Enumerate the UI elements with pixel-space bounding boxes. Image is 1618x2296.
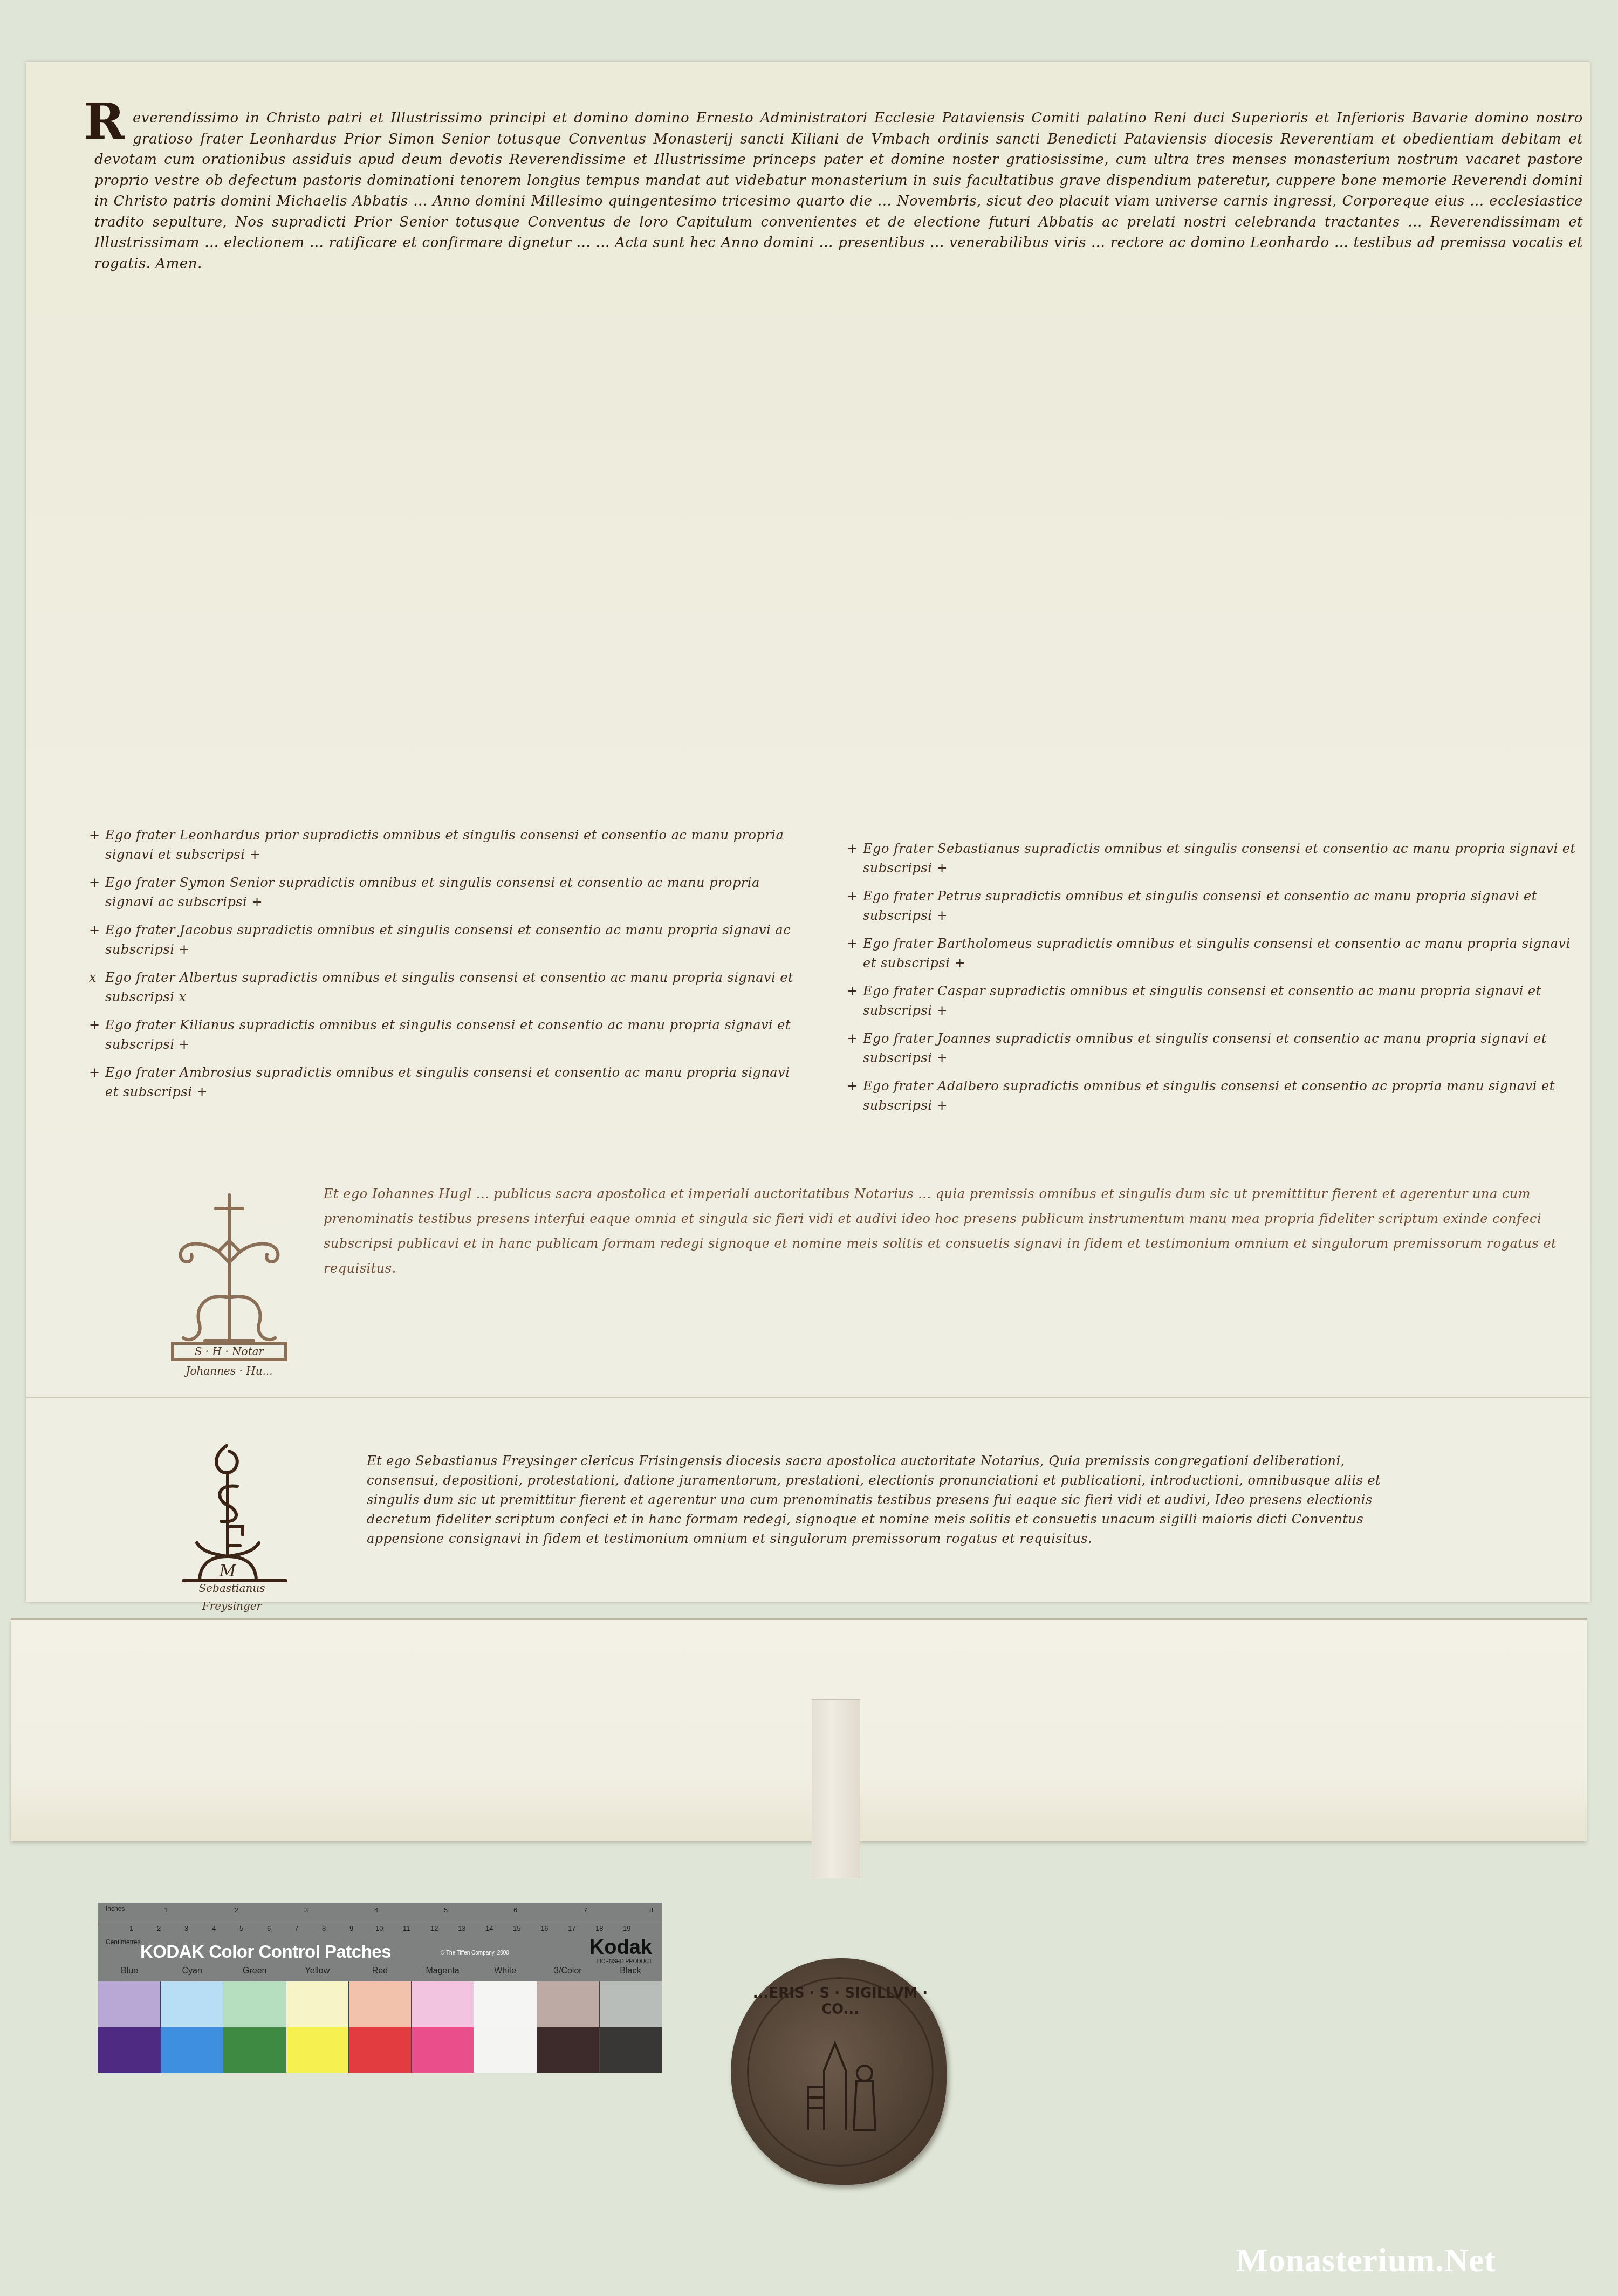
subscription-text: Ego frater Leonhardus prior supradictis …: [105, 828, 784, 862]
patch-label: Cyan: [161, 1966, 223, 1976]
color-patch-magenta: [412, 1981, 474, 2073]
color-patch-red: [349, 1981, 412, 2073]
subscription: +Ego frater Caspar supradictis omnibus e…: [847, 981, 1580, 1020]
kodak-logo: Kodak: [589, 1936, 652, 1959]
fold-crease: [26, 1397, 1590, 1398]
patch-dark: [474, 2027, 536, 2073]
subscription-text: Ego frater Petrus supradictis omnibus et…: [863, 889, 1537, 923]
subscription: +Ego frater Petrus supradictis omnibus e…: [847, 886, 1580, 925]
patch-label: Black: [599, 1966, 662, 1976]
cm-tick: 19: [623, 1924, 630, 1932]
subscription-text: Ego frater Bartholomeus supradictis omni…: [863, 936, 1571, 971]
patch-light: [223, 1981, 285, 2027]
color-patch-black: [600, 1981, 662, 2073]
subscription: +Ego frater Bartholomeus supradictis omn…: [847, 934, 1580, 973]
color-patches: [98, 1981, 662, 2073]
cross-mark-icon: +: [847, 934, 858, 953]
subscription: +Ego frater Ambrosius supradictis omnibu…: [89, 1063, 806, 1102]
patch-label: White: [474, 1966, 537, 1976]
main-text-line: everendissimo in Christo patri et Illust…: [133, 110, 1529, 126]
inch-tick: 3: [304, 1906, 308, 1914]
patch-label: 3/Color: [537, 1966, 599, 1976]
sign-caption: Johannes · Hu...: [140, 1364, 318, 1377]
subscription: +Ego frater Symon Senior supradictis omn…: [89, 873, 806, 912]
cm-tick: 4: [212, 1924, 216, 1932]
patch-light: [537, 1981, 599, 2027]
charter-main-text: R everendissimo in Christo patri et Illu…: [94, 108, 1583, 274]
subscription-text: Ego frater Jacobus supradictis omnibus e…: [105, 922, 791, 957]
kodak-licensed: LICENSED PRODUCT: [597, 1959, 652, 1965]
patch-label: Blue: [98, 1966, 161, 1976]
cross-mark-icon: x: [89, 968, 97, 987]
cm-tick: 11: [403, 1924, 410, 1932]
notary-subscription-1: Et ego Iohannes Hugl ... publicus sacra …: [324, 1181, 1564, 1281]
ruler-inches-label: Inches: [106, 1905, 125, 1912]
subscription: +Ego frater Jacobus supradictis omnibus …: [89, 920, 806, 959]
patch-light: [349, 1981, 411, 2027]
watermark: Monasterium.Net: [1236, 2242, 1496, 2280]
cm-tick: 17: [568, 1924, 575, 1932]
subscription-text: Ego frater Joannes supradictis omnibus e…: [863, 1031, 1547, 1065]
patch-dark: [349, 2027, 411, 2073]
subscription-text: Ego frater Ambrosius supradictis omnibus…: [105, 1065, 790, 1099]
seal-strap: [812, 1699, 860, 1878]
main-text-line: in Christo patris domini Michaelis Abbat…: [94, 193, 1429, 209]
patch-dark: [412, 2027, 474, 2073]
patch-dark: [286, 2027, 348, 2073]
subscription-text: Ego frater Albertus supradictis omnibus …: [105, 970, 793, 1004]
cross-mark-icon: +: [89, 1015, 100, 1035]
inch-tick: 8: [649, 1906, 653, 1914]
patch-label: Red: [348, 1966, 411, 1976]
cross-mark-icon: +: [847, 981, 858, 1001]
patch-label: Yellow: [286, 1966, 348, 1976]
inch-tick: 4: [374, 1906, 378, 1914]
cross-mark-icon: +: [89, 873, 100, 892]
plica-fold: [11, 1618, 1587, 1841]
cross-mark-icon: +: [847, 1029, 858, 1048]
color-patch-blue: [98, 1981, 161, 2073]
cross-mark-icon: +: [847, 839, 858, 858]
color-patch-white: [474, 1981, 537, 2073]
patch-light: [600, 1981, 662, 2027]
inch-tick: 1: [164, 1906, 168, 1914]
cm-tick: 18: [595, 1924, 603, 1932]
cm-tick: 8: [322, 1924, 326, 1932]
wax-seal: ...ERIS · S · SIGILLVM · CO...: [731, 1958, 947, 2185]
decorated-initial: R: [84, 102, 125, 140]
seal-field: ...ERIS · S · SIGILLVM · CO...: [747, 1977, 934, 2167]
subscription: +Ego frater Kilianus supradictis omnibus…: [89, 1015, 806, 1054]
cm-tick: 9: [349, 1924, 353, 1932]
color-patch-cyan: [161, 1981, 223, 2073]
seal-legend: ...ERIS · S · SIGILLVM · CO...: [749, 1985, 932, 2018]
cross-mark-icon: +: [89, 1063, 100, 1082]
cross-mark-icon: +: [89, 825, 100, 845]
seal-church-figure-icon: [803, 2022, 889, 2141]
kodak-color-control-strip: Inches 1 2 3 4 5 6 7 8 1 2 3 4 5 6 7 8 9…: [98, 1903, 662, 2073]
cm-tick: 15: [513, 1924, 520, 1932]
cm-tick: 10: [375, 1924, 383, 1932]
subscription: +Ego frater Adalbero supradictis omnibus…: [847, 1076, 1580, 1115]
inch-tick: 5: [444, 1906, 448, 1914]
cm-tick: 16: [540, 1924, 548, 1932]
inch-ruler: Inches 1 2 3 4 5 6 7 8: [98, 1903, 662, 1922]
subscription: +Ego frater Leonhardus prior supradictis…: [89, 825, 806, 864]
main-text-line: ... Acta sunt hec Anno domini ... presen…: [595, 235, 1506, 251]
sign-caption: Sebastianus: [135, 1582, 329, 1595]
color-patch-green: [223, 1981, 286, 2073]
svg-text:M: M: [219, 1562, 237, 1581]
cm-tick: 2: [157, 1924, 161, 1932]
patch-dark: [161, 2027, 223, 2073]
notarial-sign-2: M Sebastianus Freysinger: [135, 1435, 329, 1629]
patch-dark: [223, 2027, 285, 2073]
inch-tick: 6: [513, 1906, 517, 1914]
color-patch-3-color: [537, 1981, 600, 2073]
subscription-text: Ego frater Caspar supradictis omnibus et…: [863, 983, 1541, 1018]
cross-mark-icon: +: [847, 1076, 858, 1096]
cm-tick: 12: [430, 1924, 438, 1932]
cross-mark-icon: +: [847, 886, 858, 906]
patch-light: [161, 1981, 223, 2027]
subscription-text: Ego frater Symon Senior supradictis omni…: [105, 875, 760, 910]
patch-light: [286, 1981, 348, 2027]
ruler-cm-label: Centimetres: [106, 1938, 141, 1946]
patch-label: Magenta: [412, 1966, 474, 1976]
cm-tick: 7: [294, 1924, 298, 1932]
subscription: xEgo frater Albertus supradictis omnibus…: [89, 968, 806, 1007]
inch-tick: 2: [235, 1906, 238, 1914]
kodak-title: KODAK Color Control Patches: [140, 1942, 391, 1962]
patch-dark: [98, 2027, 160, 2073]
notarial-key-sign-icon: M: [135, 1435, 329, 1597]
subscription: +Ego frater Sebastianus supradictis omni…: [847, 839, 1580, 878]
subscription-text: Ego frater Adalbero supradictis omnibus …: [863, 1078, 1555, 1113]
patch-light: [474, 1981, 536, 2027]
cm-tick: 14: [485, 1924, 493, 1932]
subscriptions-right: +Ego frater Sebastianus supradictis omni…: [847, 839, 1580, 1124]
cm-tick: 5: [239, 1924, 243, 1932]
sign-caption: Freysinger: [135, 1600, 329, 1612]
cm-tick: 13: [458, 1924, 465, 1932]
cm-tick: 3: [184, 1924, 188, 1932]
subscriptions-left: +Ego frater Leonhardus prior supradictis…: [89, 825, 806, 1110]
patch-label: Green: [223, 1966, 286, 1976]
notarial-cross-sign-icon: [140, 1184, 318, 1362]
notary-subscription-2: Et ego Sebastianus Freysinger clericus F…: [367, 1451, 1391, 1548]
color-patch-yellow: [286, 1981, 349, 2073]
patch-light: [412, 1981, 474, 2027]
kodak-copyright: © The Tiffen Company, 2000: [441, 1950, 509, 1956]
subscription: +Ego frater Joannes supradictis omnibus …: [847, 1029, 1580, 1068]
patch-dark: [537, 2027, 599, 2073]
cm-ruler: 1 2 3 4 5 6 7 8 9 10 11 12 13 14 15 16 1…: [98, 1922, 662, 1938]
patch-light: [98, 1981, 160, 2027]
notarial-sign-1: S · H · Notar Johannes · Hu...: [140, 1184, 318, 1389]
patch-dark: [600, 2027, 662, 2073]
cm-tick: 6: [267, 1924, 271, 1932]
inch-tick: 7: [584, 1906, 587, 1914]
subscription-text: Ego frater Sebastianus supradictis omnib…: [863, 841, 1576, 876]
cm-tick: 1: [129, 1924, 133, 1932]
sign-caption: S · H · Notar: [140, 1345, 318, 1358]
cross-mark-icon: +: [89, 920, 100, 940]
subscription-text: Ego frater Kilianus supradictis omnibus …: [105, 1017, 791, 1052]
patch-labels: Blue Cyan Green Yellow Red Magenta White…: [98, 1966, 662, 1976]
